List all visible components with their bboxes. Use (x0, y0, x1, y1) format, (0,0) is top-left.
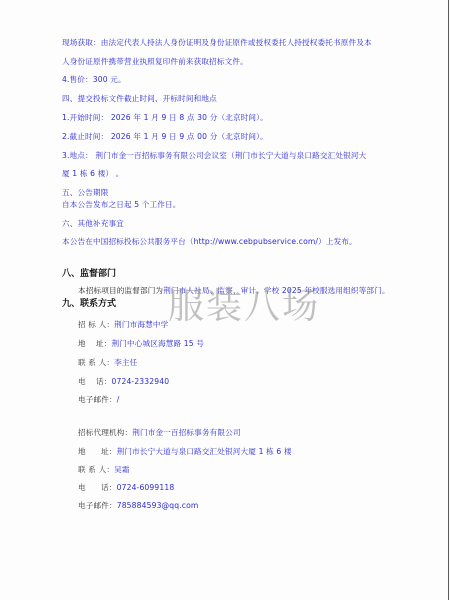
field-label: 电子邮件： (78, 501, 117, 510)
section6-title: 六、其他补充事宜 (62, 219, 124, 229)
field-label: 联 系 人： (78, 358, 114, 367)
location-line1: 3.地点： 荆门市金一百招标事务有限公司会议室（荆门市长宁大道与泉口路交汇处银河… (62, 151, 366, 161)
tenderer-name-row: 招 标 人：荆门市海慧中学 (78, 320, 168, 330)
field-value: 李主任 (114, 358, 137, 367)
section9-title: 九、联系方式 (62, 298, 116, 310)
section6-text: 本公告在中国招标投标公共服务平台（http://www.cebpubservic… (62, 237, 357, 247)
field-label: 地 址： (78, 339, 112, 348)
field-label: 电子邮件： (78, 395, 117, 404)
section8-text-suffix: 荆门市人社局、监察、审计、学校 2025 年校服选用组织等部门。 (163, 286, 389, 295)
acquisition-method-line1: 现场获取：由法定代表人持法人身份证明及身份证原件或授权委托人持授权委托书原件及本 (62, 38, 372, 48)
field-label: 招标代理机构： (78, 428, 132, 437)
field-value: 0724-6099118 (117, 483, 175, 492)
field-value: 荆门市长宁大道与泉口路交汇处银河大厦 1 栋 6 楼 (117, 447, 292, 456)
tenderer-email-row: 电子邮件：/ (78, 395, 119, 405)
section8-text-prefix: 本招标项目的监督部门为 (78, 286, 163, 295)
tenderer-contact-row: 联 系 人：李主任 (78, 358, 137, 368)
field-label: 电 话： (78, 483, 117, 492)
agency-address-row: 地 址：荆门市长宁大道与泉口路交汇处银河大厦 1 栋 6 楼 (78, 447, 292, 457)
section8-title: 八、监督部门 (62, 268, 116, 280)
section5-text: 自本公告发布之日起 5 个工作日。 (62, 200, 181, 210)
field-label: 招 标 人： (78, 320, 114, 329)
field-value: 荆门市金一百招标事务有限公司 (132, 428, 240, 437)
section8-text: 本招标项目的监督部门为荆门市人社局、监察、审计、学校 2025 年校服选用组织等… (78, 286, 390, 296)
tenderer-address-row: 地 址：荆门中心城区海慧路 15 号 (78, 339, 204, 349)
field-value: 荆门市海慧中学 (114, 320, 168, 329)
location-line2: 厦 1 栋 6 楼） 。 (62, 169, 124, 179)
deadline-line: 2.截止时间： 2026 年 1 月 9 日 9 点 00 分（北京时间）。 (62, 132, 268, 142)
start-time-line: 1.开始时间： 2026 年 1 月 9 日 8 点 30 分（北京时间）。 (62, 113, 268, 123)
agency-name-row: 招标代理机构：荆门市金一百招标事务有限公司 (78, 428, 241, 438)
document-page: 现场获取：由法定代表人持法人身份证明及身份证原件或授权委托人持授权委托书原件及本… (0, 0, 449, 600)
field-value: 785884593@qq.com (117, 501, 199, 510)
field-label: 联 系 人： (78, 465, 114, 474)
field-value: / (117, 395, 120, 404)
section5-title: 五、公告期限 (62, 188, 108, 198)
field-value: 荆门中心城区海慧路 15 号 (112, 339, 205, 348)
section4-title: 四、提交投标文件截止时间、开标时间和地点 (62, 94, 217, 104)
field-value: 0724-2332940 (112, 377, 170, 386)
field-value: 吴霜 (114, 465, 130, 474)
acquisition-method-line2: 人身份证原件携带营业执照复印件前来获取招标文件。 (62, 57, 248, 67)
agency-contact-row: 联 系 人：吴霜 (78, 465, 130, 475)
price-line: 4.售价：300 元。 (62, 75, 126, 85)
tenderer-phone-row: 电 话：0724-2332940 (78, 377, 169, 387)
field-label: 地 址： (78, 447, 117, 456)
agency-phone-row: 电 话：0724-6099118 (78, 483, 174, 493)
agency-email-row: 电子邮件：785884593@qq.com (78, 501, 198, 511)
field-label: 电 话： (78, 377, 112, 386)
